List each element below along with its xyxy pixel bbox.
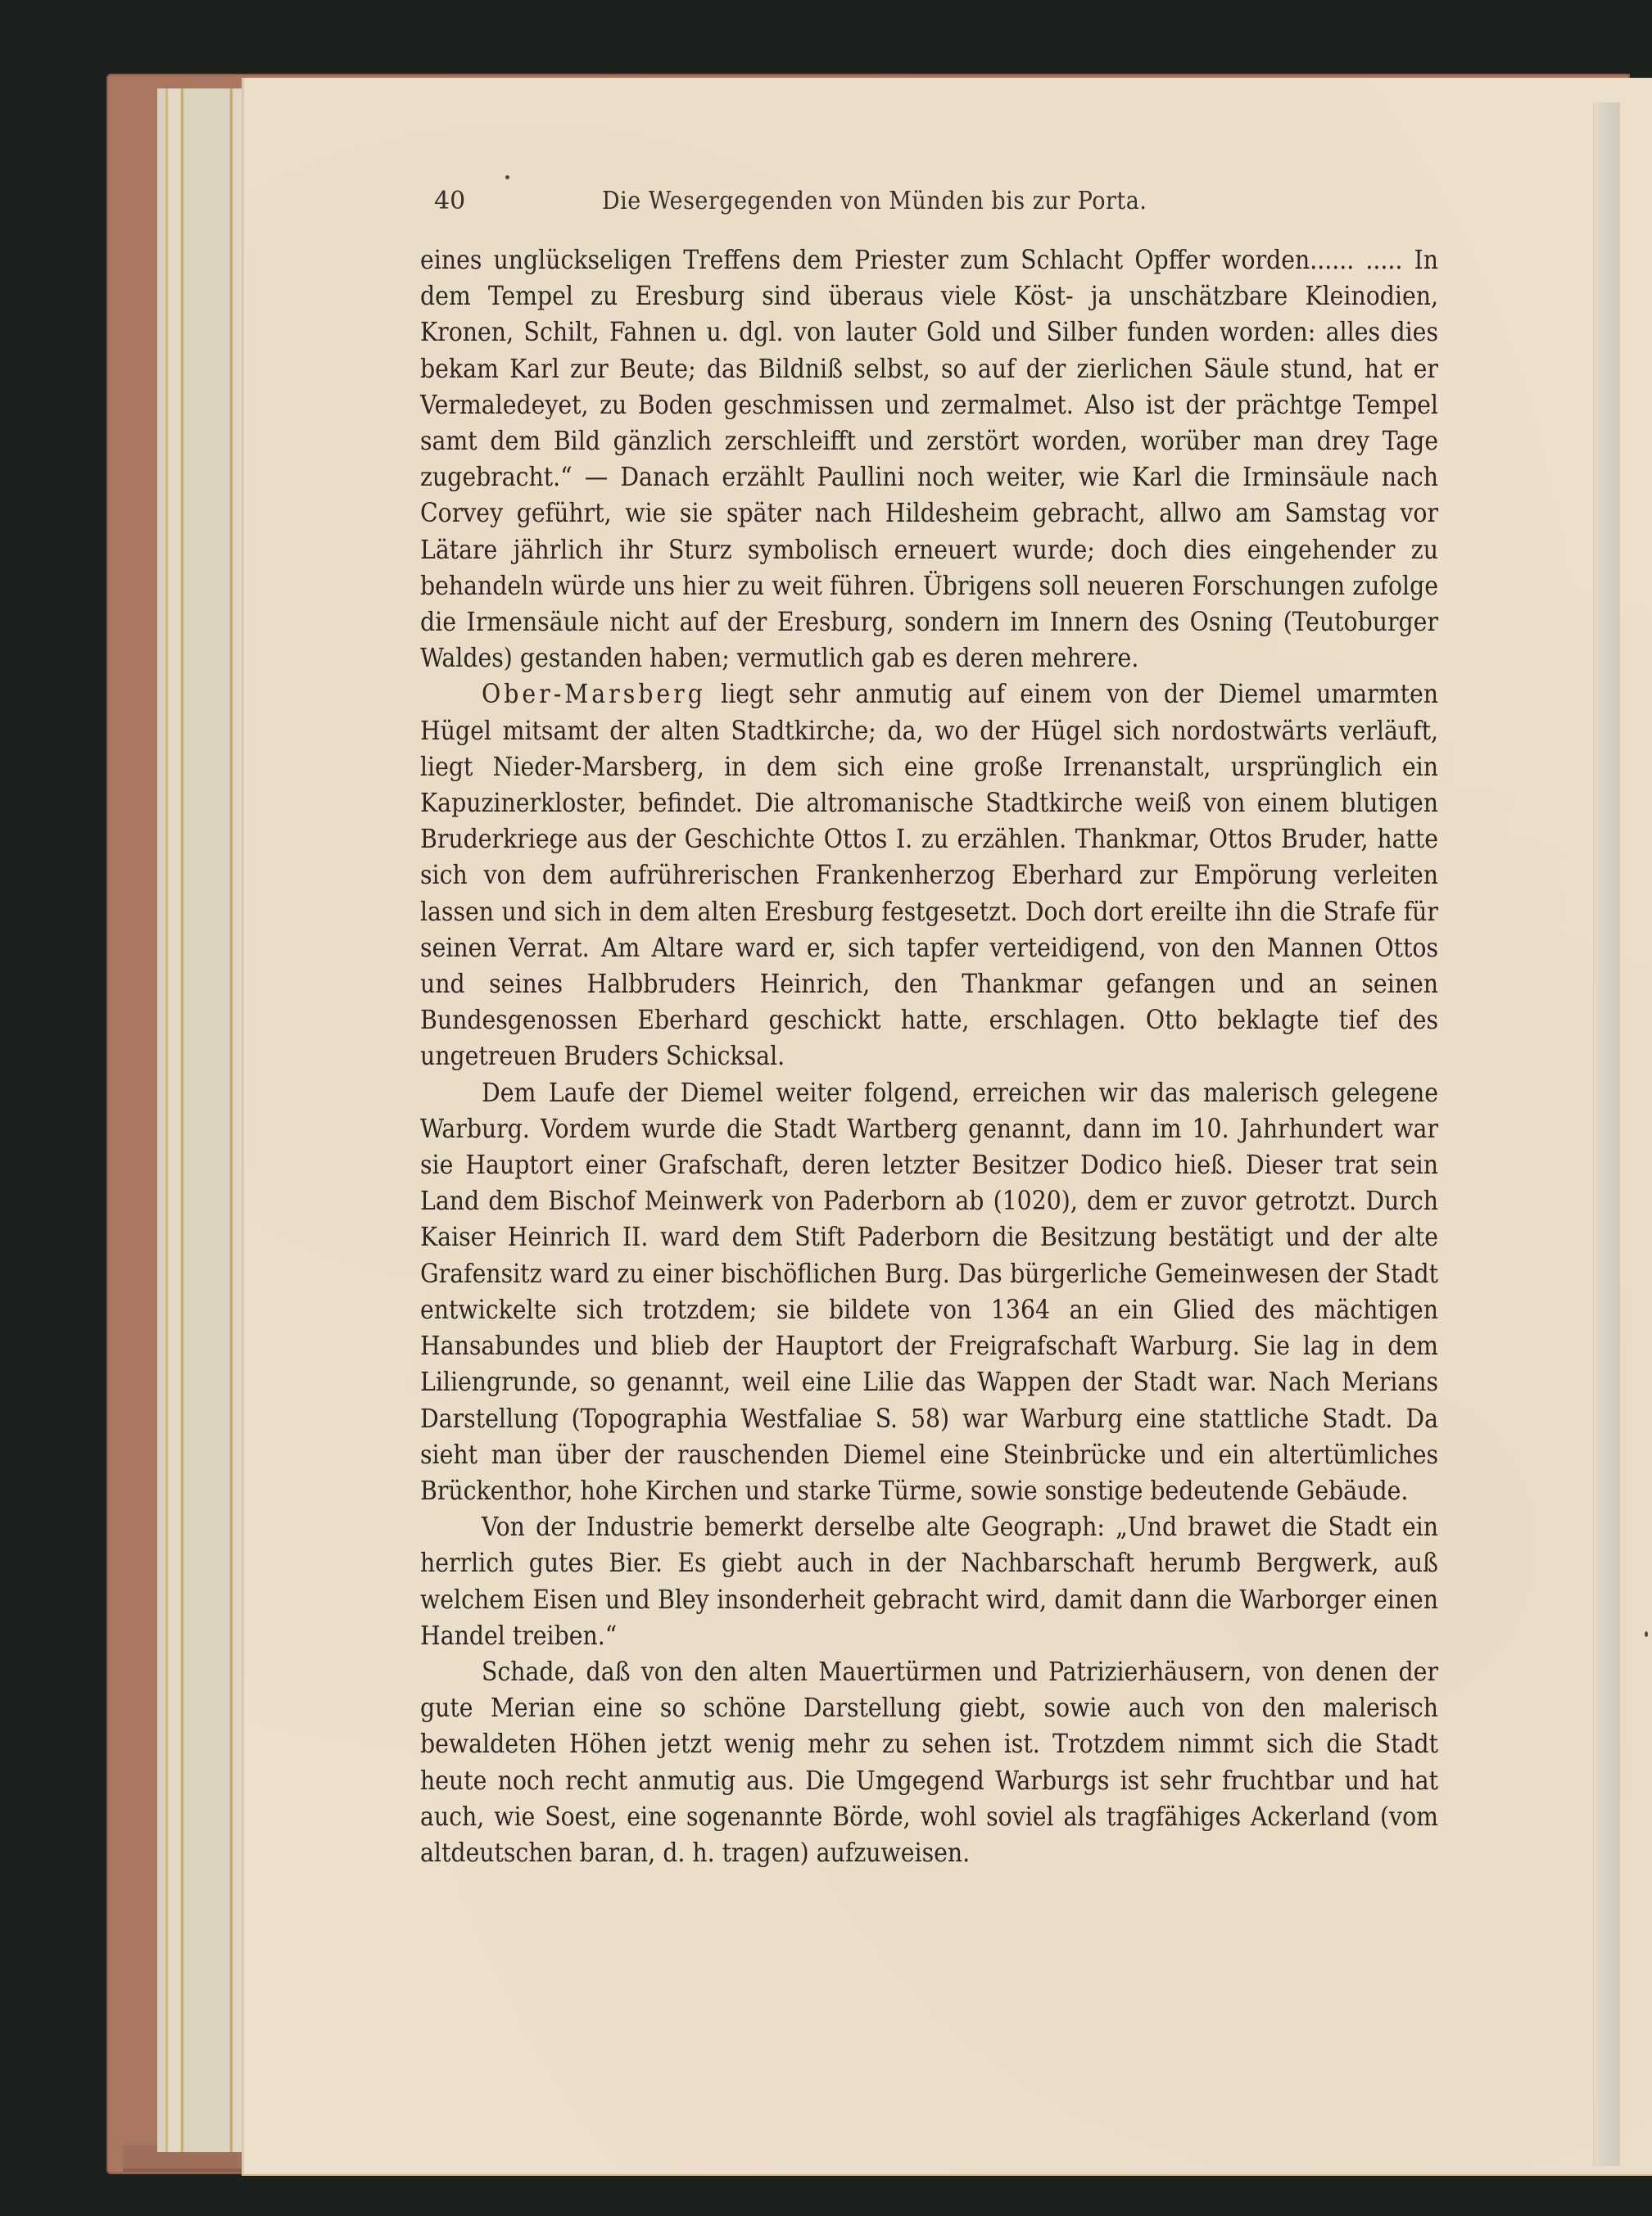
- paper-speck: [1645, 1631, 1648, 1637]
- spaced-place-name: Ober-Marsberg: [482, 680, 706, 709]
- paragraph: Von der Industrie bemerkt derselbe alte …: [420, 1509, 1438, 1654]
- paper-speck: [505, 175, 509, 179]
- paragraph: eines unglückseligen Treffens dem Priest…: [420, 242, 1438, 676]
- running-head-title: Die Wesergegenden von Münden bis zur Por…: [602, 187, 1147, 215]
- paragraph: Schade, daß von den alten Mauertürmen un…: [420, 1654, 1438, 1871]
- paragraph-body: liegt sehr anmutig auf einem von der Die…: [420, 680, 1438, 1071]
- page-number: 40: [434, 187, 465, 215]
- paragraph: Ober-Marsberg liegt sehr anmutig auf ein…: [420, 676, 1438, 1074]
- body-text: eines unglückseligen Treffens dem Priest…: [420, 242, 1438, 1871]
- paragraph: Dem Laufe der Diemel weiter folgend, err…: [420, 1075, 1438, 1509]
- page-edges-stack: [157, 88, 247, 2152]
- running-head: 40 Die Wesergegenden von Münden bis zur …: [434, 187, 1261, 228]
- page-fold-shadow: [1593, 102, 1620, 2166]
